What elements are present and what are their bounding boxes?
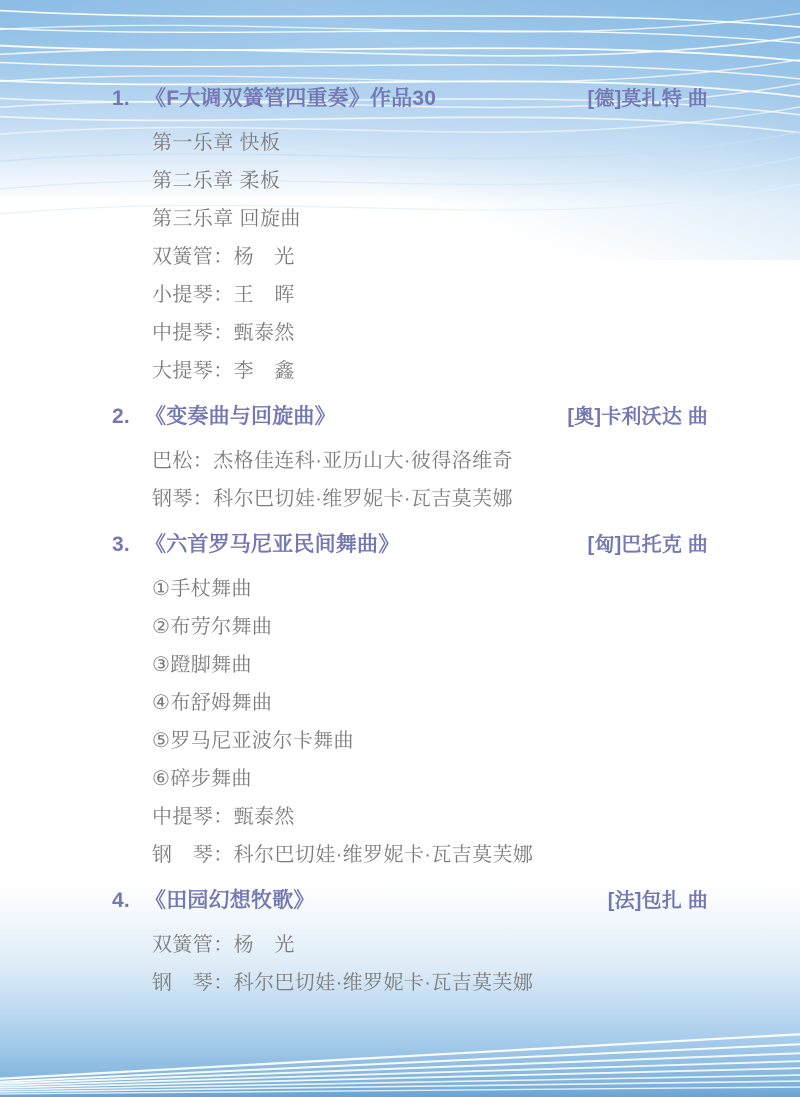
piece-heading: 3. 《六首罗马尼亚民间舞曲》 [匈]巴托克 曲	[112, 528, 708, 562]
piece-number: 4.	[112, 884, 145, 918]
piece-number: 3.	[112, 528, 145, 562]
piece-composer: [德]莫扎特 曲	[588, 82, 708, 116]
movement-line: 第二乐章 柔板	[112, 162, 708, 200]
performer-line: 中提琴：甄泰然	[112, 798, 708, 836]
movement-line: ④布舒姆舞曲	[112, 684, 708, 722]
piece-composer: [匈]巴托克 曲	[588, 528, 708, 562]
piece-heading: 1. 《F大调双簧管四重奏》作品30 [德]莫扎特 曲	[112, 82, 708, 116]
piece-number: 2.	[112, 400, 145, 434]
performer-line: 钢 琴：科尔巴切娃·维罗妮卡·瓦吉莫芙娜	[112, 964, 708, 1002]
piece-title: 《变奏曲与回旋曲》	[145, 400, 336, 434]
program-list: 1. 《F大调双簧管四重奏》作品30 [德]莫扎特 曲 第一乐章 快板 第二乐章…	[112, 82, 708, 1002]
movement-line: ①手杖舞曲	[112, 570, 708, 608]
piece-title: 《六首罗马尼亚民间舞曲》	[145, 528, 399, 562]
movement-line: ②布劳尔舞曲	[112, 608, 708, 646]
performer-line: 钢琴：科尔巴切娃·维罗妮卡·瓦吉莫芙娜	[112, 480, 708, 518]
performer-line: 双簧管：杨 光	[112, 926, 708, 964]
piece-heading: 2. 《变奏曲与回旋曲》 [奥]卡利沃达 曲	[112, 400, 708, 434]
piece-composer: [奥]卡利沃达 曲	[567, 400, 708, 434]
program-section-3: 3. 《六首罗马尼亚民间舞曲》 [匈]巴托克 曲 ①手杖舞曲 ②布劳尔舞曲 ③蹬…	[112, 528, 708, 874]
piece-heading: 4. 《田园幻想牧歌》 [法]包扎 曲	[112, 884, 708, 918]
concert-program-page: 1. 《F大调双簧管四重奏》作品30 [德]莫扎特 曲 第一乐章 快板 第二乐章…	[0, 0, 800, 1097]
piece-title: 《田园幻想牧歌》	[145, 884, 315, 918]
piece-number: 1.	[112, 82, 145, 116]
performer-line: 大提琴：李 鑫	[112, 352, 708, 390]
program-section-2: 2. 《变奏曲与回旋曲》 [奥]卡利沃达 曲 巴松：杰格佳连科·亚历山大·彼得洛…	[112, 400, 708, 518]
program-section-1: 1. 《F大调双簧管四重奏》作品30 [德]莫扎特 曲 第一乐章 快板 第二乐章…	[112, 82, 708, 390]
piece-title: 《F大调双簧管四重奏》作品30	[145, 82, 436, 116]
performer-line: 双簧管：杨 光	[112, 238, 708, 276]
movement-line: ③蹬脚舞曲	[112, 646, 708, 684]
movement-line: 第三乐章 回旋曲	[112, 200, 708, 238]
movement-line: 第一乐章 快板	[112, 124, 708, 162]
performer-line: 中提琴：甄泰然	[112, 314, 708, 352]
piece-composer: [法]包扎 曲	[608, 884, 708, 918]
performer-line: 小提琴：王 晖	[112, 276, 708, 314]
performer-line: 巴松：杰格佳连科·亚历山大·彼得洛维奇	[112, 442, 708, 480]
performer-line: 钢 琴：科尔巴切娃·维罗妮卡·瓦吉莫芙娜	[112, 836, 708, 874]
program-section-4: 4. 《田园幻想牧歌》 [法]包扎 曲 双簧管：杨 光 钢 琴：科尔巴切娃·维罗…	[112, 884, 708, 1002]
movement-line: ⑤罗马尼亚波尔卡舞曲	[112, 722, 708, 760]
movement-line: ⑥碎步舞曲	[112, 760, 708, 798]
